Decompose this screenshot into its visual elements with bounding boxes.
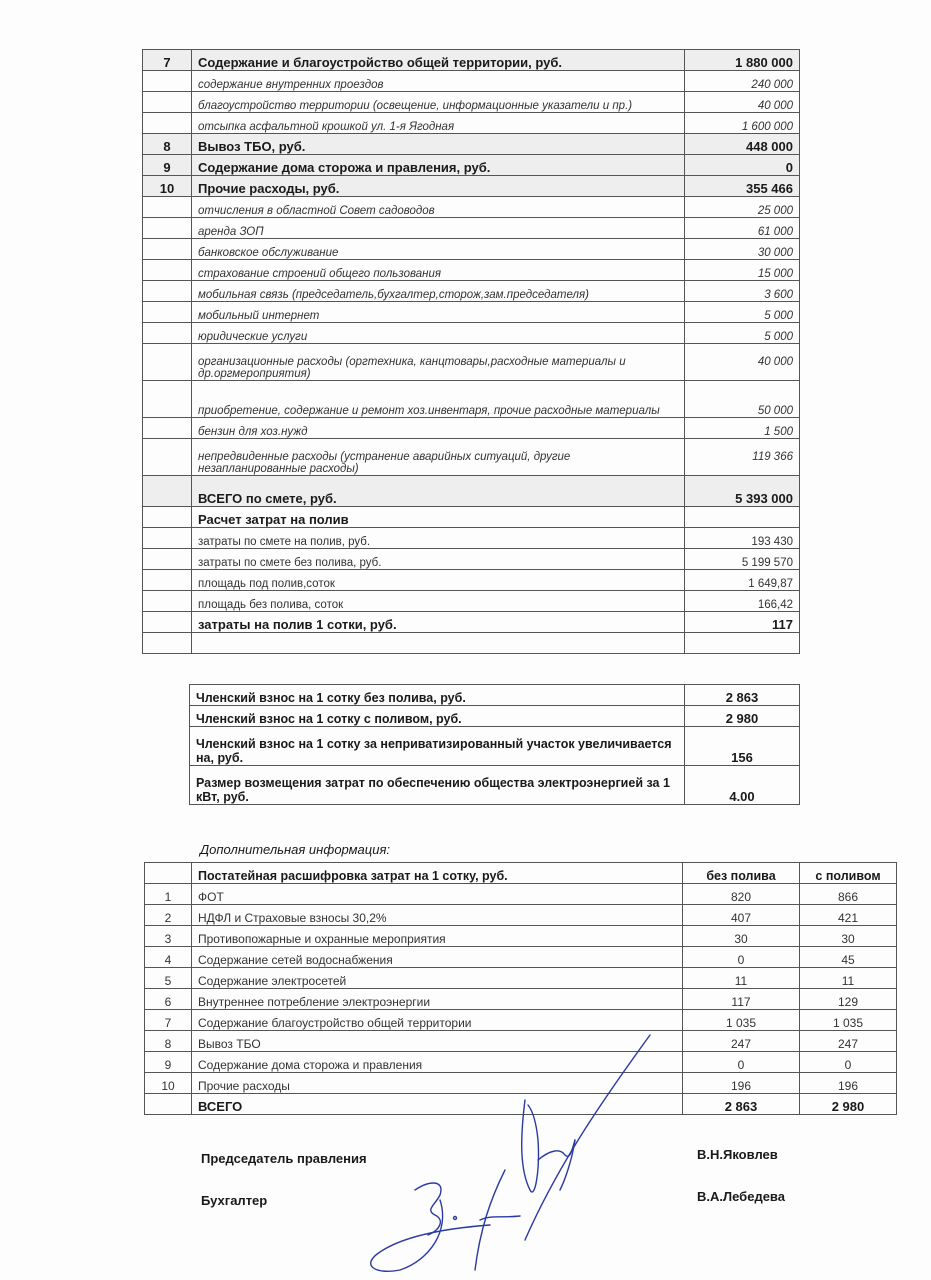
row-label: Содержание и благоустройство общей терри… [192, 50, 685, 71]
breakdown-row: 3Противопожарные и охранные мероприятия3… [145, 926, 897, 947]
budget-row: бензин для хоз.нужд1 500 [143, 418, 800, 439]
value-water: 0 [800, 1052, 897, 1073]
value-no-water: 247 [683, 1031, 800, 1052]
budget-row: банковское обслуживание30 000 [143, 239, 800, 260]
budget-row: площадь под полив,соток1 649,87 [143, 570, 800, 591]
row-number [143, 323, 192, 344]
budget-row: 7Содержание и благоустройство общей терр… [143, 50, 800, 71]
fee-row: Размер возмещения затрат по обеспечению … [190, 766, 800, 805]
row-label: площадь без полива, соток [192, 591, 685, 612]
row-number: 4 [145, 947, 192, 968]
row-number: 2 [145, 905, 192, 926]
row-label: затраты на полив 1 сотки, руб. [192, 612, 685, 633]
budget-row: благоустройство территории (освещение, и… [143, 92, 800, 113]
total-no-water: 2 863 [683, 1094, 800, 1115]
fee-row: Членский взнос на 1 сотку с поливом, руб… [190, 706, 800, 727]
value-no-water: 196 [683, 1073, 800, 1094]
row-value: 61 000 [685, 218, 800, 239]
fee-row: Членский взнос на 1 сотку без полива, ру… [190, 685, 800, 706]
row-number: 7 [143, 50, 192, 71]
breakdown-row: 5Содержание электросетей1111 [145, 968, 897, 989]
row-value: 5 000 [685, 302, 800, 323]
row-label: страхование строений общего пользования [192, 260, 685, 281]
value-water: 247 [800, 1031, 897, 1052]
value-no-water: 820 [683, 884, 800, 905]
budget-row: отсыпка асфальтной крошкой ул. 1-я Ягодн… [143, 113, 800, 134]
value-water: 421 [800, 905, 897, 926]
row-label: Внутреннее потребление электроэнергии [192, 989, 683, 1010]
budget-row: мобильный интернет5 000 [143, 302, 800, 323]
row-label: площадь под полив,соток [192, 570, 685, 591]
value-no-water: 30 [683, 926, 800, 947]
value-water: 866 [800, 884, 897, 905]
budget-row: затраты на полив 1 сотки, руб.117 [143, 612, 800, 633]
row-label: отчисления в областной Совет садоводов [192, 197, 685, 218]
row-number: 9 [145, 1052, 192, 1073]
row-value: 5 000 [685, 323, 800, 344]
row-label: Содержание благоустройство общей террито… [192, 1010, 683, 1031]
row-value: 5 393 000 [685, 476, 800, 507]
row-number [143, 570, 192, 591]
value-water: 11 [800, 968, 897, 989]
budget-row: 9Содержание дома сторожа и правления, ру… [143, 155, 800, 176]
row-value: 1 500 [685, 418, 800, 439]
row-number [143, 591, 192, 612]
additional-info-title: Дополнительная информация: [200, 842, 390, 857]
budget-row: затраты по смете на полив, руб.193 430 [143, 528, 800, 549]
budget-row: 8Вывоз ТБО, руб.448 000 [143, 134, 800, 155]
row-value: 119 366 [685, 439, 800, 476]
row-label: отсыпка асфальтной крошкой ул. 1-я Ягодн… [192, 113, 685, 134]
row-label: мобильная связь (председатель,бухгалтер,… [192, 281, 685, 302]
budget-row: ВСЕГО по смете, руб.5 393 000 [143, 476, 800, 507]
breakdown-row: 1ФОТ820866 [145, 884, 897, 905]
row-value: 240 000 [685, 71, 800, 92]
value-no-water: 117 [683, 989, 800, 1010]
row-number: 8 [145, 1031, 192, 1052]
col-no-water: без полива [683, 863, 800, 884]
total-water: 2 980 [800, 1094, 897, 1115]
row-label: бензин для хоз.нужд [192, 418, 685, 439]
value-water: 1 035 [800, 1010, 897, 1031]
row-label: мобильный интернет [192, 302, 685, 323]
row-label: затраты по смете без полива, руб. [192, 549, 685, 570]
row-label: содержание внутренних проездов [192, 71, 685, 92]
value-no-water: 407 [683, 905, 800, 926]
row-number [143, 418, 192, 439]
budget-row: площадь без полива, соток166,42 [143, 591, 800, 612]
breakdown-row: 4Содержание сетей водоснабжения045 [145, 947, 897, 968]
row-value: 5 199 570 [685, 549, 800, 570]
row-number [143, 381, 192, 418]
budget-row: организационные расходы (оргтехника, кан… [143, 344, 800, 381]
fee-value: 2 980 [685, 706, 800, 727]
row-label: Расчет затрат на полив [192, 507, 685, 528]
row-value: 25 000 [685, 197, 800, 218]
row-number: 3 [145, 926, 192, 947]
row-label: ВСЕГО по смете, руб. [192, 476, 685, 507]
row-value: 448 000 [685, 134, 800, 155]
row-label [192, 633, 685, 654]
value-no-water: 1 035 [683, 1010, 800, 1031]
fee-row: Членский взнос на 1 сотку за неприватизи… [190, 727, 800, 766]
row-value: 40 000 [685, 344, 800, 381]
row-number [143, 92, 192, 113]
row-value: 117 [685, 612, 800, 633]
row-value: 0 [685, 155, 800, 176]
row-value: 3 600 [685, 281, 800, 302]
row-number [143, 549, 192, 570]
row-label: Содержание дома сторожа и правления, руб… [192, 155, 685, 176]
row-number [143, 239, 192, 260]
row-number: 9 [143, 155, 192, 176]
fees-table: Членский взнос на 1 сотку без полива, ру… [189, 684, 800, 805]
row-number: 10 [145, 1073, 192, 1094]
row-number [143, 344, 192, 381]
value-no-water: 0 [683, 947, 800, 968]
budget-row: содержание внутренних проездов240 000 [143, 71, 800, 92]
budget-row: непредвиденные расходы (устранение авари… [143, 439, 800, 476]
value-no-water: 11 [683, 968, 800, 989]
row-number [143, 507, 192, 528]
value-water: 30 [800, 926, 897, 947]
row-value [685, 507, 800, 528]
row-number [143, 612, 192, 633]
row-number [143, 260, 192, 281]
row-number: 6 [145, 989, 192, 1010]
fee-value: 4.00 [685, 766, 800, 805]
fee-label: Членский взнос на 1 сотку с поливом, руб… [190, 706, 685, 727]
budget-row: затраты по смете без полива, руб.5 199 5… [143, 549, 800, 570]
row-number: 10 [143, 176, 192, 197]
row-number: 5 [145, 968, 192, 989]
row-number [143, 476, 192, 507]
row-label: банковское обслуживание [192, 239, 685, 260]
budget-table: 7Содержание и благоустройство общей терр… [142, 49, 800, 654]
budget-row: приобретение, содержание и ремонт хоз.ин… [143, 381, 800, 418]
row-value [685, 633, 800, 654]
budget-row: отчисления в областной Совет садоводов25… [143, 197, 800, 218]
row-label: благоустройство территории (освещение, и… [192, 92, 685, 113]
row-number [143, 302, 192, 323]
row-label: Прочие расходы, руб. [192, 176, 685, 197]
row-number [143, 71, 192, 92]
budget-row: страхование строений общего пользования1… [143, 260, 800, 281]
col-water: с поливом [800, 863, 897, 884]
breakdown-row: 7Содержание благоустройство общей террит… [145, 1010, 897, 1031]
row-number [143, 439, 192, 476]
row-label: Вывоз ТБО, руб. [192, 134, 685, 155]
row-value: 193 430 [685, 528, 800, 549]
row-label: Содержание сетей водоснабжения [192, 947, 683, 968]
row-number [143, 197, 192, 218]
breakdown-row: 2НДФЛ и Страховые взносы 30,2%407421 [145, 905, 897, 926]
budget-row: мобильная связь (председатель,бухгалтер,… [143, 281, 800, 302]
fee-value: 156 [685, 727, 800, 766]
row-value: 1 880 000 [685, 50, 800, 71]
fee-value: 2 863 [685, 685, 800, 706]
row-number [143, 113, 192, 134]
row-label: организационные расходы (оргтехника, кан… [192, 344, 685, 381]
row-value: 1 600 000 [685, 113, 800, 134]
row-number: 8 [143, 134, 192, 155]
row-number [145, 1094, 192, 1115]
document-page: 7Содержание и благоустройство общей терр… [0, 0, 931, 1280]
chair-name: В.Н.Яковлев [697, 1147, 778, 1162]
value-no-water: 0 [683, 1052, 800, 1073]
budget-row: аренда ЗОП61 000 [143, 218, 800, 239]
row-value: 15 000 [685, 260, 800, 281]
budget-row: юридические услуги5 000 [143, 323, 800, 344]
value-water: 129 [800, 989, 897, 1010]
row-label: Содержание электросетей [192, 968, 683, 989]
row-value: 1 649,87 [685, 570, 800, 591]
budget-row: Расчет затрат на полив [143, 507, 800, 528]
row-number [143, 281, 192, 302]
row-value: 355 466 [685, 176, 800, 197]
row-value: 50 000 [685, 381, 800, 418]
row-label: затраты по смете на полив, руб. [192, 528, 685, 549]
breakdown-header-row: Постатейная расшифровка затрат на 1 сотк… [145, 863, 897, 884]
row-number: 1 [145, 884, 192, 905]
budget-row: 10Прочие расходы, руб.355 466 [143, 176, 800, 197]
row-label: аренда ЗОП [192, 218, 685, 239]
row-label: непредвиденные расходы (устранение авари… [192, 439, 685, 476]
breakdown-row: 6Внутреннее потребление электроэнергии11… [145, 989, 897, 1010]
row-label: Противопожарные и охранные мероприятия [192, 926, 683, 947]
row-value: 30 000 [685, 239, 800, 260]
chair-role: Председатель правления [201, 1151, 367, 1166]
row-label: приобретение, содержание и ремонт хоз.ин… [192, 381, 685, 418]
row-number [143, 528, 192, 549]
accountant-name: В.А.Лебедева [697, 1189, 785, 1204]
fee-label: Членский взнос на 1 сотку за неприватизи… [190, 727, 685, 766]
breakdown-title: Постатейная расшифровка затрат на 1 сотк… [192, 863, 683, 884]
row-number: 7 [145, 1010, 192, 1031]
row-label: ФОТ [192, 884, 683, 905]
value-water: 196 [800, 1073, 897, 1094]
handwritten-signature [360, 1030, 680, 1280]
accountant-role: Бухгалтер [201, 1193, 267, 1208]
row-label: НДФЛ и Страховые взносы 30,2% [192, 905, 683, 926]
row-number [143, 218, 192, 239]
row-value: 166,42 [685, 591, 800, 612]
row-label: юридические услуги [192, 323, 685, 344]
budget-row [143, 633, 800, 654]
fee-label: Размер возмещения затрат по обеспечению … [190, 766, 685, 805]
fee-label: Членский взнос на 1 сотку без полива, ру… [190, 685, 685, 706]
value-water: 45 [800, 947, 897, 968]
row-number [143, 633, 192, 654]
row-value: 40 000 [685, 92, 800, 113]
